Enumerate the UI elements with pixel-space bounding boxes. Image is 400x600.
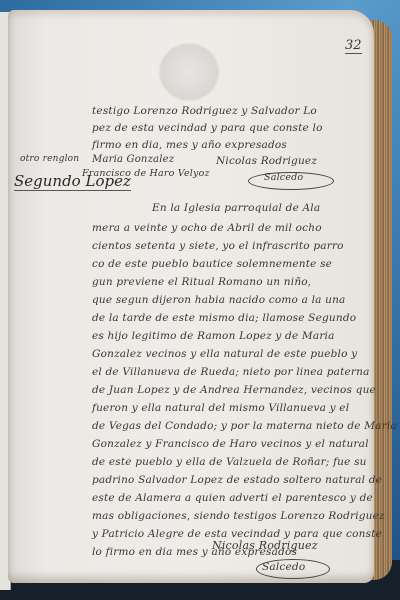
body-line: fueron y ella natural del mismo Villanue… xyxy=(92,402,349,414)
page-number: 32 xyxy=(345,39,362,54)
bottom-signature: Salcedo xyxy=(262,561,305,573)
margin-heading: Segundo Lopez xyxy=(14,172,131,191)
top-entry-line: pez de esta vecindad y para que conste l… xyxy=(92,122,323,134)
body-line: Gonzalez y Francisco de Haro vecinos y e… xyxy=(92,438,369,450)
body-line: co de este pueblo bautice solemnemente s… xyxy=(92,258,332,270)
body-line: cientos setenta y siete, yo el infrascri… xyxy=(92,240,344,252)
body-line: es hijo legitimo de Ramon Lopez y de Mar… xyxy=(92,330,335,342)
body-line: de la tarde de este mismo dia; llamose S… xyxy=(92,312,356,324)
body-line: mas obligaciones, siendo testigos Lorenz… xyxy=(92,510,385,522)
body-line: de Vegas del Condado; y por la materna n… xyxy=(92,420,397,432)
marginal-name: Maria Gonzalez xyxy=(92,154,174,165)
body-line: Gonzalez vecinos y ella natural de este … xyxy=(92,348,357,360)
body-line: padrino Salvador Lopez de estado soltero… xyxy=(92,474,382,486)
body-line: el de Villanueva de Rueda; nieto por lin… xyxy=(92,366,370,378)
body-line: En la Iglesia parroquial de Ala xyxy=(152,202,320,214)
top-entry-line: testigo Lorenzo Rodriguez y Salvador Lo xyxy=(92,105,317,117)
body-line: que segun dijeron habia nacido como a la… xyxy=(92,294,346,306)
top-entry-line: firmo en dia, mes y año expresados xyxy=(92,139,287,151)
signature: Nicolas Rodriguez xyxy=(216,155,317,167)
bottom-signature: Nicolas Rodriguez xyxy=(212,539,318,552)
embossed-seal xyxy=(160,44,218,100)
margin-note: otro renglon xyxy=(20,154,79,164)
signature: Salcedo xyxy=(264,172,303,183)
body-line: de este pueblo y ella de Valzuela de Roñ… xyxy=(92,456,367,468)
body-line: gun previene el Ritual Romano un niño, xyxy=(92,276,311,288)
body-line: mera a veinte y ocho de Abril de mil och… xyxy=(92,222,322,234)
body-line: este de Alamera a quien adverti el paren… xyxy=(92,492,373,504)
body-line: de Juan Lopez y de Andrea Hernandez, vec… xyxy=(92,384,376,396)
